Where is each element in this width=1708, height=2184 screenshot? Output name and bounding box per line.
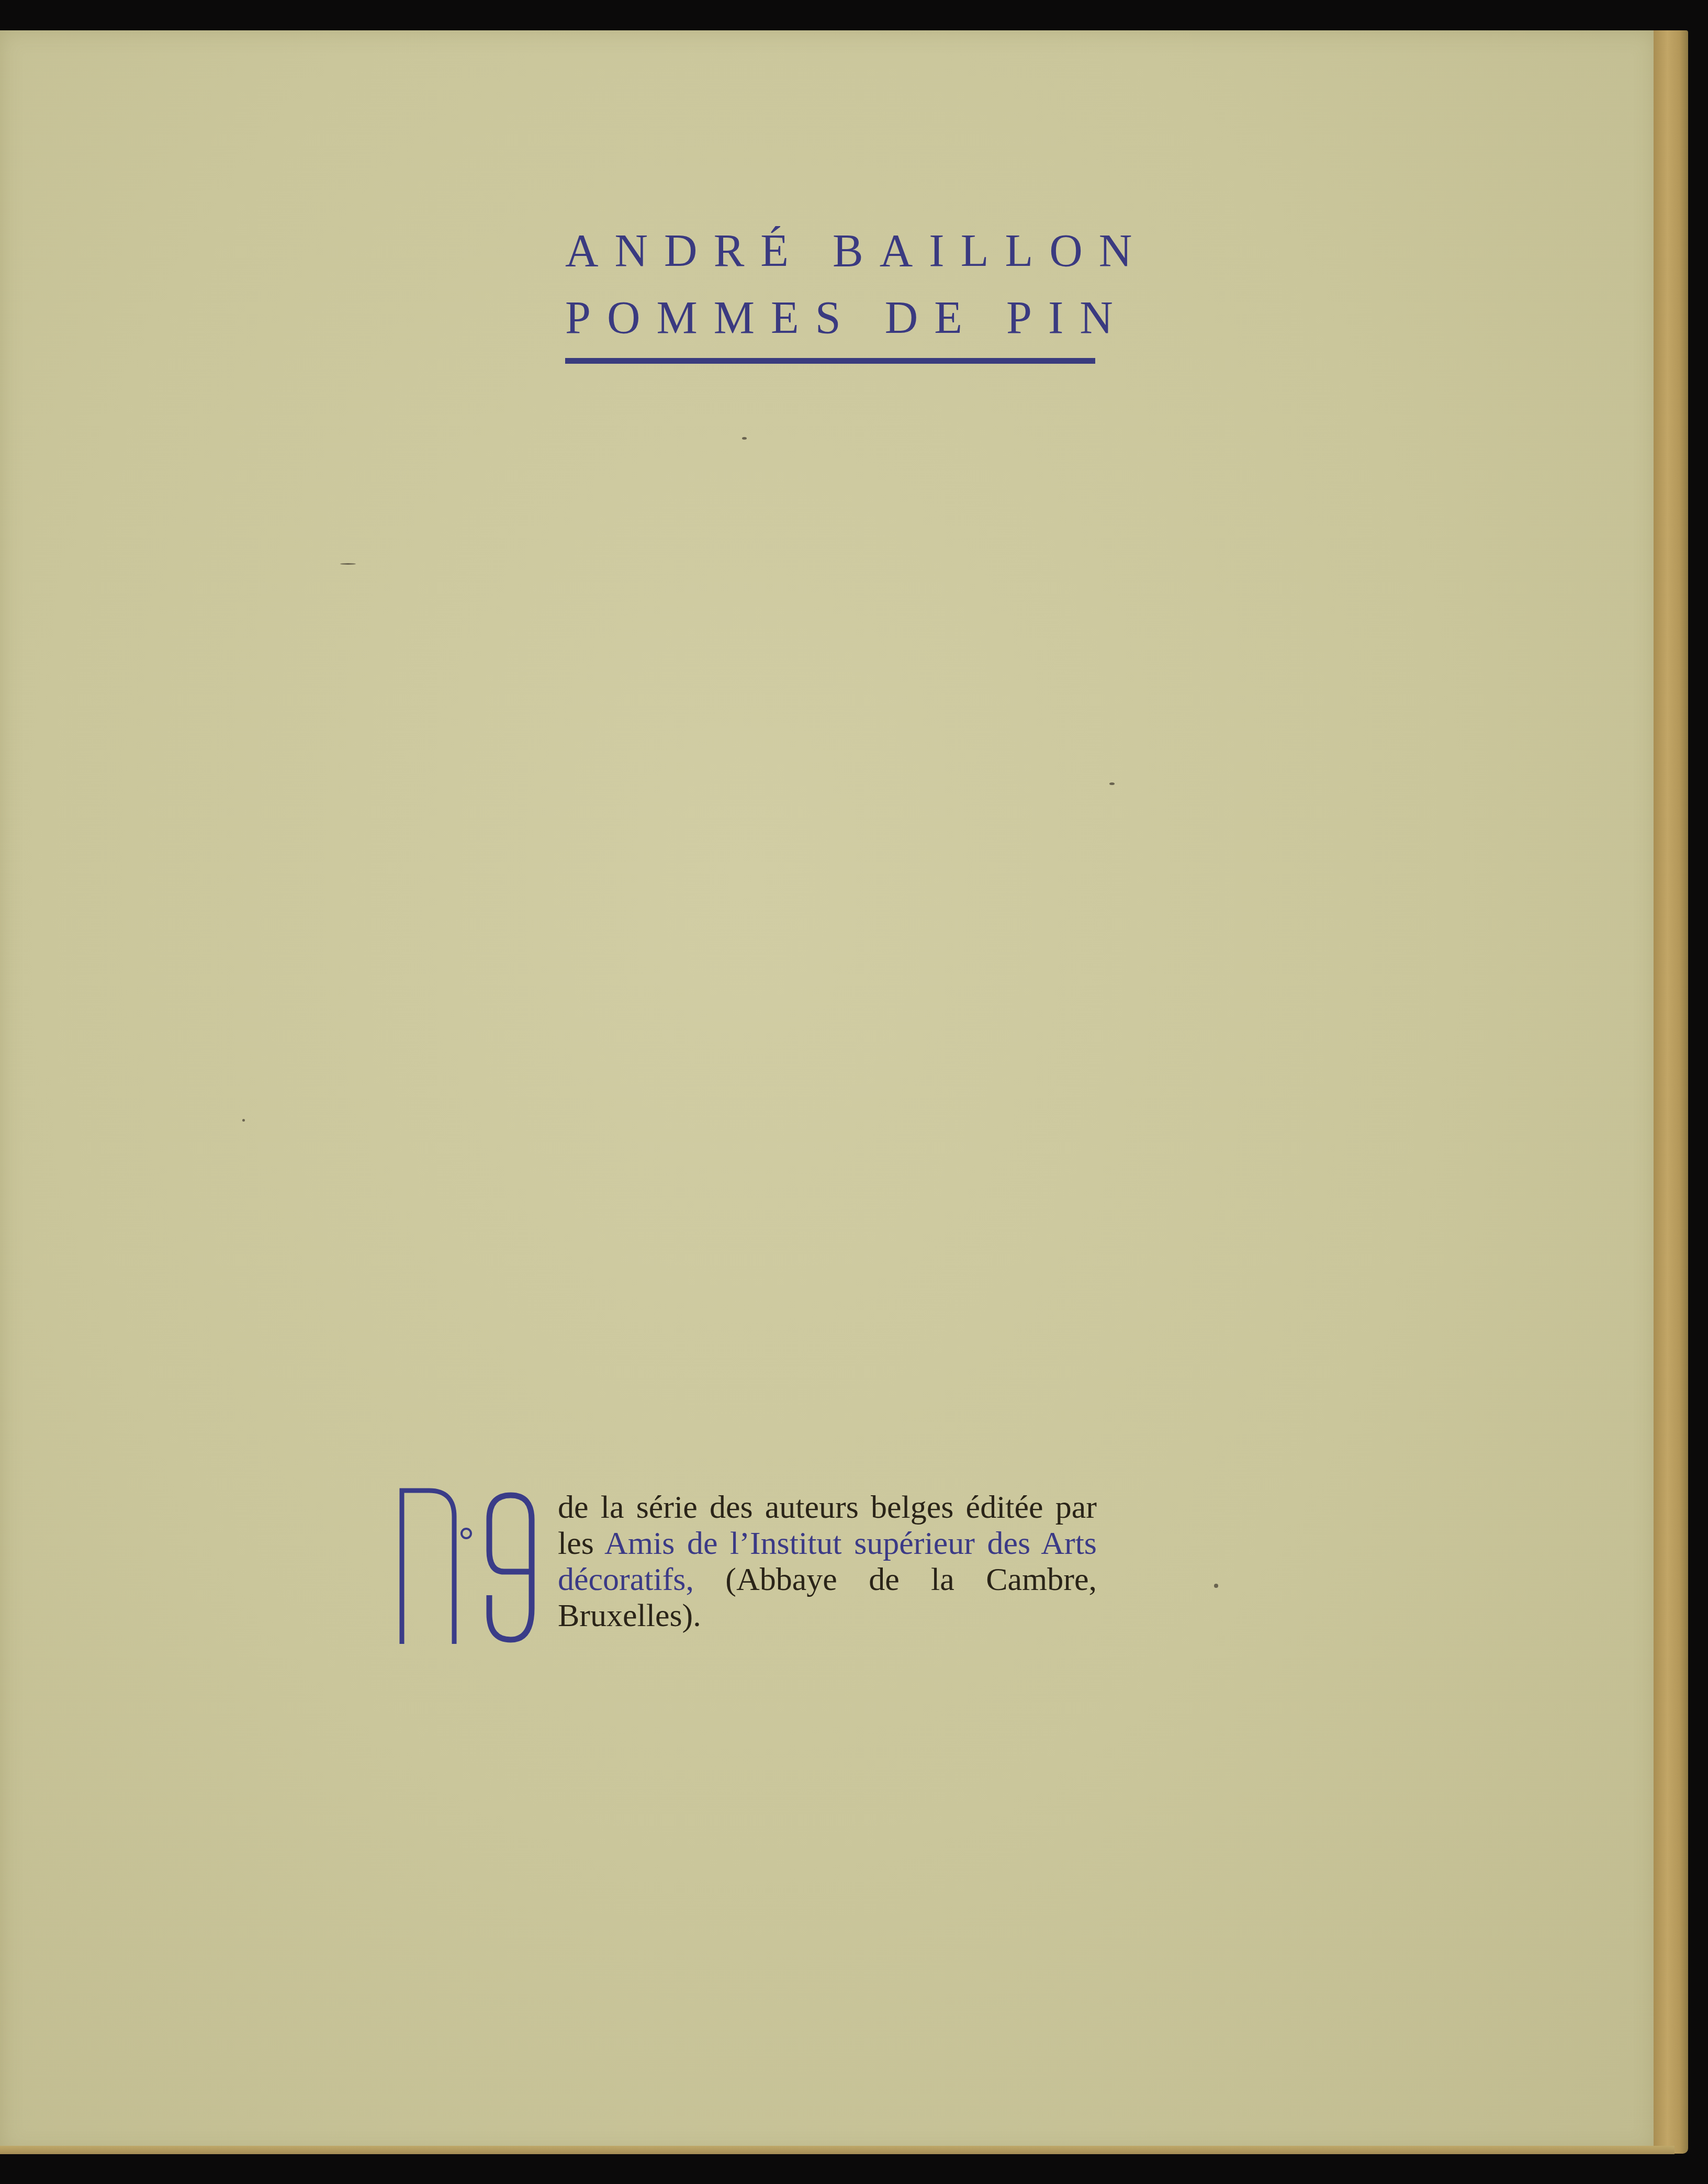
- paper-speck: [742, 437, 747, 440]
- numero-mark: N° 9: [397, 1488, 543, 1645]
- paper-speck: [340, 563, 356, 565]
- title-page: ANDRÉ BAILLON POMMES DE PIN N° 9 de la s…: [0, 30, 1656, 2154]
- title-block: ANDRÉ BAILLON POMMES DE PIN: [565, 228, 1096, 364]
- numero-9-glyph-icon: [397, 1488, 543, 1645]
- paper-speck: [1109, 782, 1115, 785]
- title-underline: [565, 358, 1095, 364]
- paper-speck: [242, 1119, 245, 1122]
- page-edge-fold: [1654, 30, 1688, 2154]
- book-title: POMMES DE PIN: [565, 295, 1096, 348]
- colophon-text: de la série des auteurs belges éditée pa…: [558, 1489, 1097, 1634]
- page-bottom-edge: [0, 2146, 1675, 2154]
- paper-speck: [1214, 1584, 1218, 1588]
- author-name: ANDRÉ BAILLON: [565, 228, 1096, 281]
